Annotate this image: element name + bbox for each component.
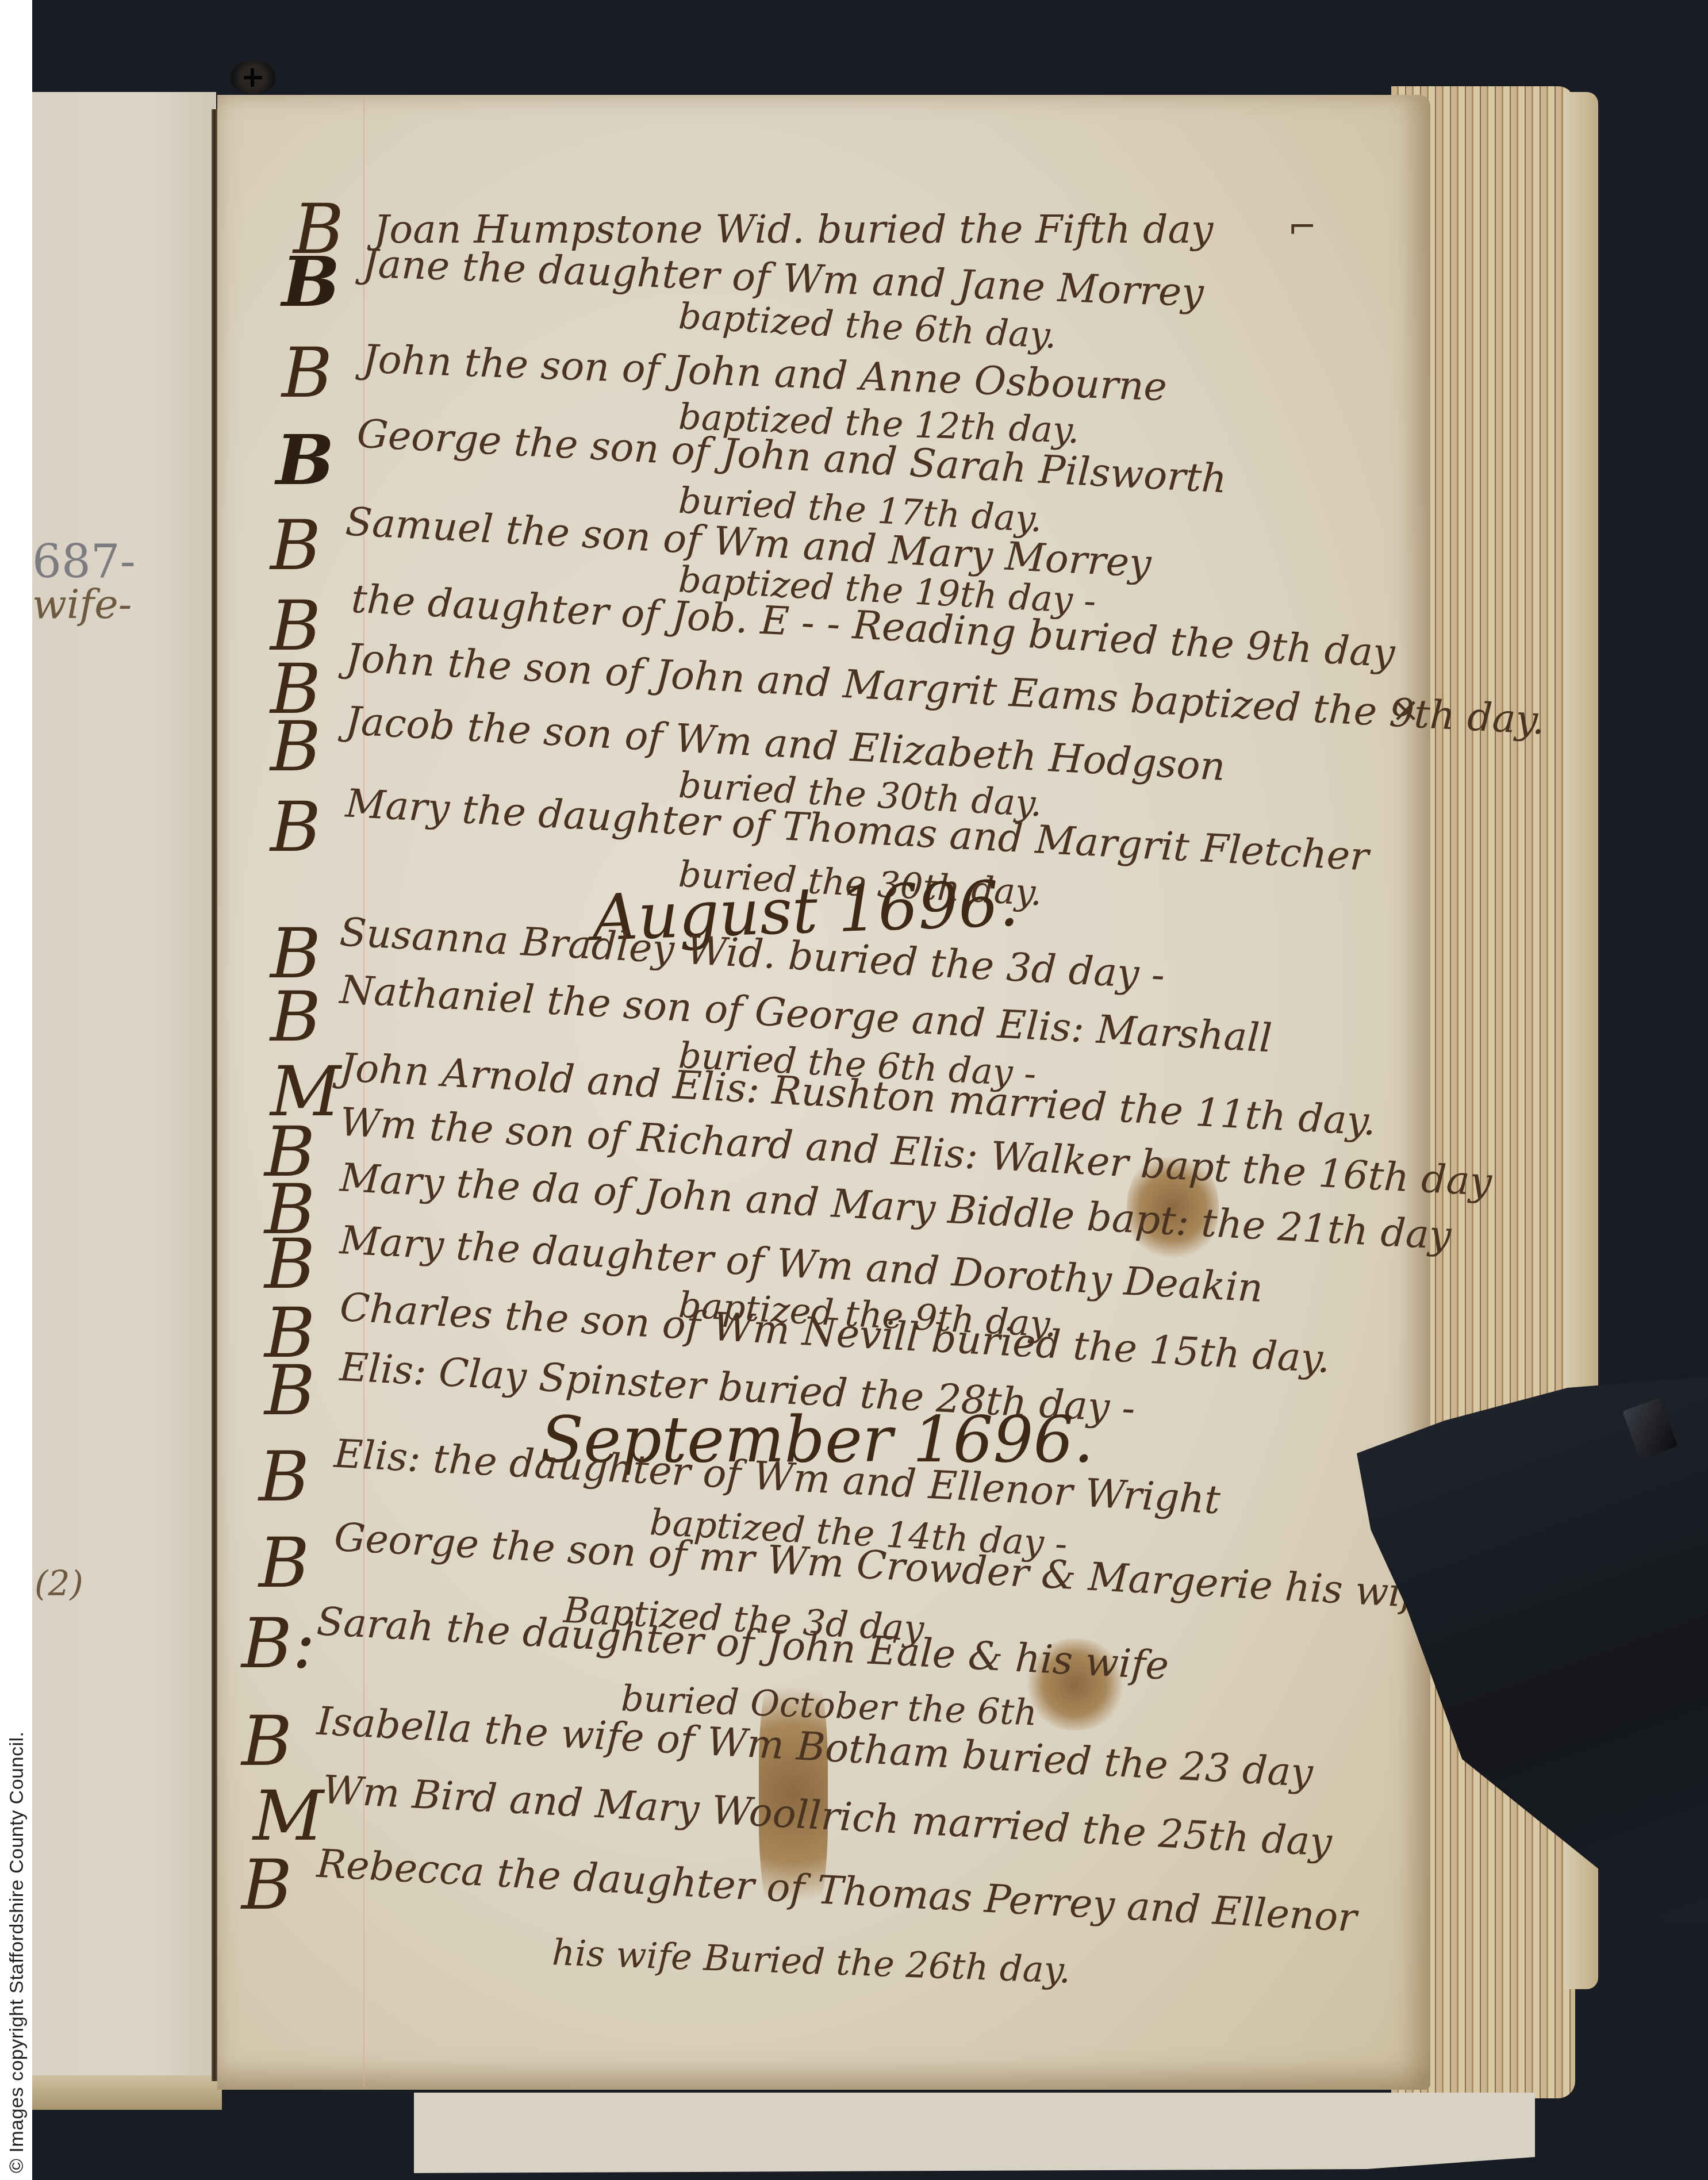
- entry-type-marker: B: [264, 1351, 315, 1431]
- entry-type-marker: B: [282, 241, 340, 323]
- screw-icon: [230, 60, 276, 95]
- entry-type-marker: B: [276, 420, 334, 501]
- entry-type-marker: B: [241, 1702, 292, 1782]
- entry-type-marker: B: [270, 707, 321, 787]
- margin-tick: ⌐: [1288, 207, 1316, 247]
- entry-type-marker: B: [264, 1225, 315, 1304]
- entry-type-marker: B: [241, 1845, 292, 1925]
- left-page-ink-note: wife-: [32, 581, 132, 628]
- entry-type-marker: M: [253, 1776, 324, 1856]
- entry-type-marker: B: [259, 1523, 309, 1603]
- margin-cross: ×: [1391, 690, 1420, 730]
- entry-type-marker: B: [282, 333, 332, 413]
- entry-type-marker: B: [270, 788, 321, 868]
- copyright-notice: © Images copyright Staffordshire County …: [6, 1732, 28, 2173]
- copyright-strip: © Images copyright Staffordshire County …: [0, 0, 32, 2180]
- entry-type-marker: B: [270, 506, 321, 586]
- entry-type-marker: B: [270, 977, 321, 1057]
- entry-type-marker: B:: [241, 1604, 316, 1684]
- left-page: [32, 92, 216, 2081]
- entry-type-marker: B: [259, 1437, 309, 1517]
- left-page-number-note: (2): [34, 1564, 83, 1604]
- left-page-edge: [32, 2075, 222, 2110]
- bottom-leaf: [414, 2093, 1535, 2173]
- book-gutter: [212, 109, 217, 2081]
